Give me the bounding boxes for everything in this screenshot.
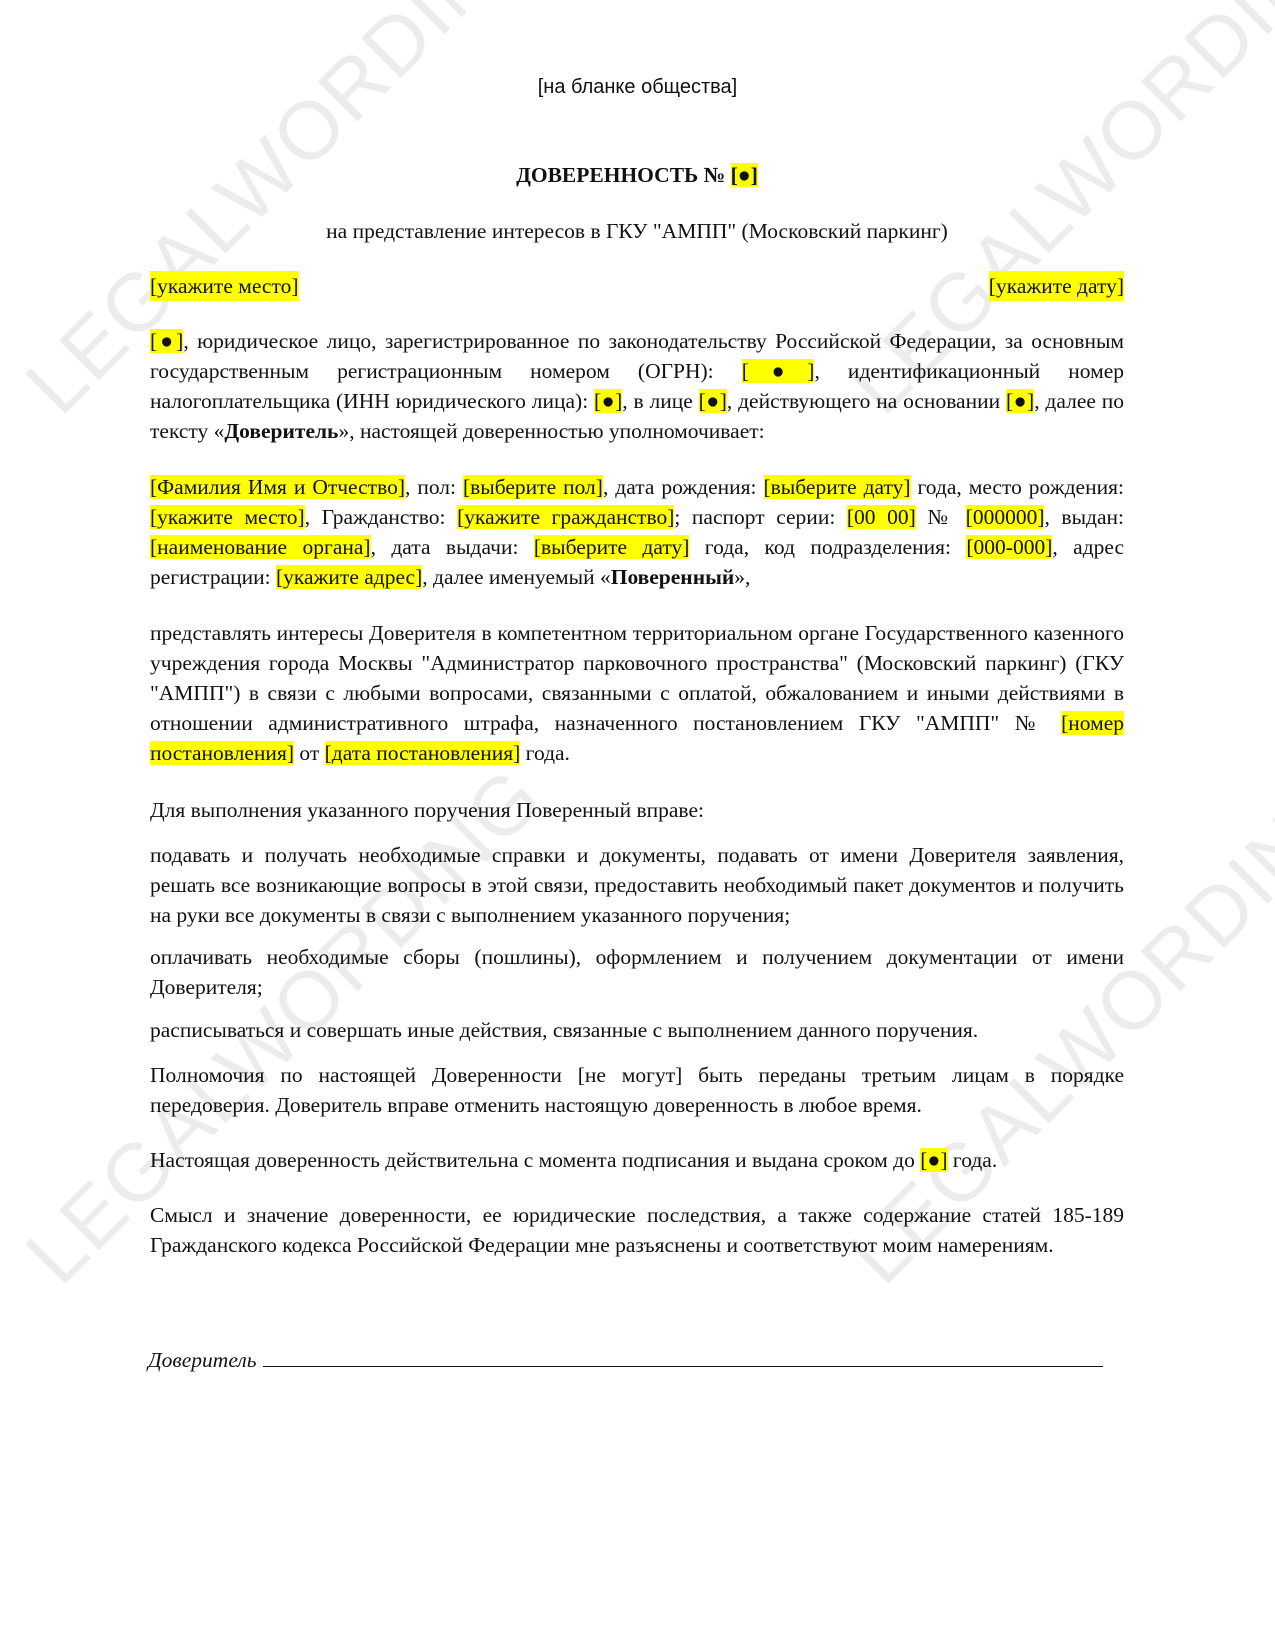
- text: , дата выдачи:: [371, 535, 534, 559]
- substitution-paragraph: Полномочия по настоящей Доверенности [не…: [150, 1060, 1124, 1120]
- text: года, место рождения:: [911, 475, 1124, 499]
- division-code-placeholder[interactable]: [000-000]: [966, 535, 1052, 559]
- ogrn-placeholder[interactable]: [●]: [742, 359, 815, 383]
- validity-until-placeholder[interactable]: [●]: [920, 1148, 947, 1172]
- text: , Гражданство:: [305, 505, 457, 529]
- text: ; паспорт серии:: [674, 505, 847, 529]
- attorney-paragraph: [Фамилия Имя и Отчество], пол: [выберите…: [150, 472, 1124, 592]
- place-placeholder[interactable]: [укажите место]: [150, 271, 299, 301]
- text: года, код подразделения:: [689, 535, 966, 559]
- text: года.: [948, 1148, 998, 1172]
- text: , в лице: [622, 389, 698, 413]
- representative-placeholder[interactable]: [●]: [699, 389, 727, 413]
- signature-label: Доверитель: [148, 1345, 257, 1375]
- text: », настоящей доверенностью уполномочивае…: [338, 419, 764, 443]
- powers-intro: Для выполнения указанного поручения Пове…: [150, 795, 1124, 825]
- issuer-placeholder[interactable]: [наименование органа]: [150, 535, 371, 559]
- principal-name-placeholder[interactable]: [●]: [150, 329, 183, 353]
- text: , далее именуемый «: [422, 565, 610, 589]
- text: от: [294, 741, 325, 765]
- acknowledgement-paragraph: Смысл и значение доверенности, ее юридич…: [150, 1200, 1124, 1260]
- address-placeholder[interactable]: [укажите адрес]: [276, 565, 422, 589]
- text: , пол:: [405, 475, 463, 499]
- text: , действующего на основании: [727, 389, 1006, 413]
- document-page: LEGALWORDING LEGALWORDING LEGALWORDING L…: [0, 0, 1275, 1651]
- power-item: расписываться и совершать иные действия,…: [150, 1015, 1124, 1045]
- power-item: подавать и получать необходимые справки …: [150, 840, 1124, 930]
- principal-role: Доверитель: [224, 419, 338, 443]
- power-item: оплачивать необходимые сборы (пошлины), …: [150, 942, 1124, 1002]
- text: , дата рождения:: [603, 475, 764, 499]
- document-subtitle: на представление интересов в ГКУ "АМПП" …: [150, 216, 1124, 246]
- citizenship-placeholder[interactable]: [укажите гражданство]: [457, 505, 674, 529]
- text: Настоящая доверенность действительна с м…: [150, 1148, 920, 1172]
- mandate-paragraph: представлять интересы Доверителя в компе…: [150, 618, 1124, 768]
- text: представлять интересы Доверителя в компе…: [150, 621, 1124, 735]
- resolution-date-placeholder[interactable]: [дата постановления]: [325, 741, 521, 765]
- issue-date-placeholder[interactable]: [выберите дату]: [534, 535, 690, 559]
- signature-block: Доверитель: [148, 1345, 1122, 1375]
- basis-placeholder[interactable]: [●]: [1006, 389, 1034, 413]
- passport-number-placeholder[interactable]: [000000]: [966, 505, 1045, 529]
- birthdate-placeholder[interactable]: [выберите дату]: [764, 475, 911, 499]
- validity-paragraph: Настоящая доверенность действительна с м…: [150, 1145, 1124, 1175]
- signature-line[interactable]: [263, 1348, 1103, 1367]
- document-title: ДОВЕРЕННОСТЬ № [●]: [150, 160, 1124, 190]
- text: №: [916, 505, 966, 529]
- principal-paragraph: [●], юридическое лицо, зарегистрированно…: [150, 326, 1124, 446]
- birthplace-placeholder[interactable]: [укажите место]: [150, 505, 305, 529]
- place-date-row: [укажите место] [укажите дату]: [150, 271, 1124, 301]
- date-placeholder[interactable]: [укажите дату]: [989, 271, 1124, 301]
- text: , выдан:: [1044, 505, 1124, 529]
- text: года.: [520, 741, 570, 765]
- letterhead-note: [на бланке общества]: [0, 72, 1275, 102]
- gender-placeholder[interactable]: [выберите пол]: [463, 475, 603, 499]
- fio-placeholder[interactable]: [Фамилия Имя и Отчество]: [150, 475, 405, 499]
- text: »,: [734, 565, 750, 589]
- passport-series-placeholder[interactable]: [00 00]: [847, 505, 916, 529]
- inn-placeholder[interactable]: [●]: [594, 389, 622, 413]
- title-text: ДОВЕРЕННОСТЬ №: [516, 163, 725, 187]
- attorney-role: Поверенный: [611, 565, 735, 589]
- doc-number-placeholder[interactable]: [●]: [731, 163, 758, 187]
